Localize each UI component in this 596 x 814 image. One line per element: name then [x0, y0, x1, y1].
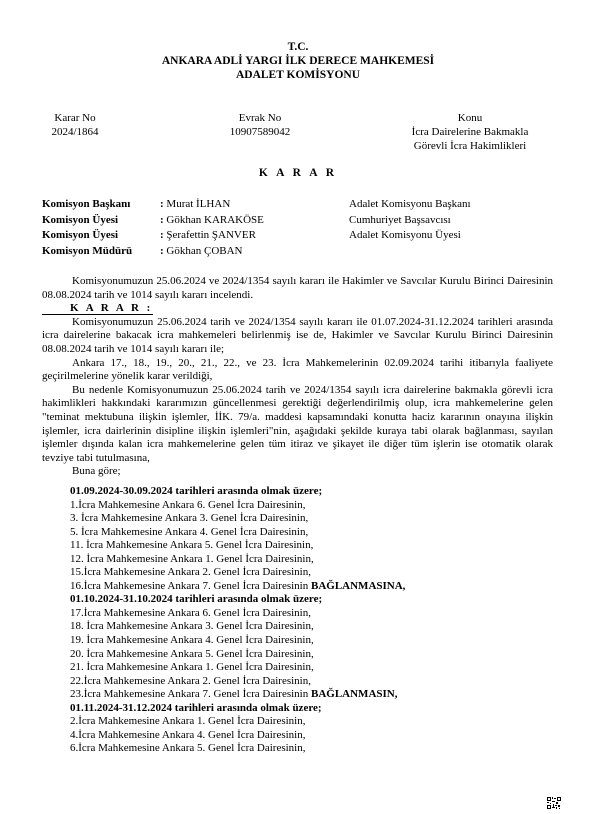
intro-paragraph: Komisyonumuzun 25.06.2024 ve 2024/1354 s… [42, 275, 553, 302]
member-row: Komisyon Üyesi: Gökhan KARAKÖSECumhuriye… [42, 213, 562, 229]
assignment-item: 17.İcra Mahkemesine Ankara 6. Genel İcra… [70, 607, 405, 621]
assignment-item: 19. İcra Mahkemesine Ankara 4. Genel İcr… [70, 634, 405, 648]
member-name: : Murat İLHAN [160, 197, 230, 213]
assignment-list: 01.09.2024-30.09.2024 tarihleri arasında… [70, 485, 405, 756]
assignment-item: 1.İcra Mahkemesine Ankara 6. Genel İcra … [70, 499, 405, 513]
assignment-item: 4.İcra Mahkemesine Ankara 4. Genel İcra … [70, 729, 405, 743]
assignment-item: 5. İcra Mahkemesine Ankara 4. Genel İcra… [70, 526, 405, 540]
member-name: : Şerafettin ŞANVER [160, 228, 256, 244]
member-title: Adalet Komisyonu Üyesi [349, 228, 461, 244]
assignment-item: 21. İcra Mahkemesine Ankara 1. Genel İcr… [70, 661, 405, 675]
member-row: Komisyon Müdürü: Gökhan ÇOBAN [42, 244, 562, 260]
header-commission: ADALET KOMİSYONU [0, 68, 596, 82]
karar-no-label: Karar No [40, 111, 110, 125]
paragraph-2: Ankara 17., 18., 19., 20., 21., 22., ve … [42, 357, 553, 384]
member-name: : Gökhan ÇOBAN [160, 244, 243, 260]
konu-label: Konu [400, 111, 540, 125]
assignment-item: 15.İcra Mahkemesine Ankara 2. Genel İcra… [70, 566, 405, 580]
closing-word: BAĞLANMASINA, [308, 580, 405, 592]
assignment-item: 12. İcra Mahkemesine Ankara 1. Genel İcr… [70, 553, 405, 567]
decision-body: Komisyonumuzun 25.06.2024 ve 2024/1354 s… [42, 275, 553, 479]
member-title: Adalet Komisyonu Başkanı [349, 197, 471, 213]
konu-block: Konu İcra Dairelerine Bakmakla Görevli İ… [400, 111, 540, 153]
period-heading: 01.10.2024-31.10.2024 tarihleri arasında… [70, 593, 405, 607]
assignment-item: 16.İcra Mahkemesine Ankara 7. Genel İcra… [70, 580, 405, 594]
member-role: Komisyon Üyesi [42, 213, 118, 229]
member-row: Komisyon Başkanı: Murat İLHANAdalet Komi… [42, 197, 562, 213]
karar-no-value: 2024/1864 [40, 125, 110, 139]
closing-word: BAĞLANMASIN, [308, 688, 397, 700]
member-role: Komisyon Başkanı [42, 197, 130, 213]
document-title: K A R A R [0, 167, 596, 179]
assignment-item: 20. İcra Mahkemesine Ankara 5. Genel İcr… [70, 648, 405, 662]
evrak-no-block: Evrak No 10907589042 [210, 111, 310, 139]
member-title: Cumhuriyet Başsavcısı [349, 213, 451, 229]
assignment-item: 22.İcra Mahkemesine Ankara 2. Genel İcra… [70, 675, 405, 689]
header-tc: T.C. [0, 40, 596, 54]
commission-members: Komisyon Başkanı: Murat İLHANAdalet Komi… [42, 197, 562, 259]
karar-no-block: Karar No 2024/1864 [40, 111, 110, 139]
assignment-item: 11. İcra Mahkemesine Ankara 5. Genel İcr… [70, 539, 405, 553]
period-heading: 01.11.2024-31.12.2024 tarihleri arasında… [70, 702, 405, 716]
member-role: Komisyon Üyesi [42, 228, 118, 244]
paragraph-1: Komisyonumuzun 25.06.2024 tarih ve 2024/… [42, 316, 553, 357]
member-row: Komisyon Üyesi: Şerafettin ŞANVERAdalet … [42, 228, 562, 244]
header-court-name: ANKARA ADLİ YARGI İLK DERECE MAHKEMESİ [0, 54, 596, 68]
assignment-item: 23.İcra Mahkemesine Ankara 7. Genel İcra… [70, 688, 405, 702]
assignment-item: 6.İcra Mahkemesine Ankara 5. Genel İcra … [70, 742, 405, 756]
konu-value-line1: İcra Dairelerine Bakmakla [400, 125, 540, 139]
konu-value-line2: Görevli İcra Hakimlikleri [400, 139, 540, 153]
assignment-item: 18. İcra Mahkemesine Ankara 3. Genel İcr… [70, 620, 405, 634]
qr-code-icon [547, 797, 561, 809]
assignment-item: 3. İcra Mahkemesine Ankara 3. Genel İcra… [70, 512, 405, 526]
karar-subheading: K A R A R : [42, 302, 553, 316]
member-role: Komisyon Müdürü [42, 244, 132, 260]
paragraph-4: Buna göre; [42, 465, 553, 479]
assignment-item: 2.İcra Mahkemesine Ankara 1. Genel İcra … [70, 715, 405, 729]
period-heading: 01.09.2024-30.09.2024 tarihleri arasında… [70, 485, 405, 499]
evrak-no-value: 10907589042 [210, 125, 310, 139]
member-name: : Gökhan KARAKÖSE [160, 213, 264, 229]
paragraph-3: Bu nedenle Komisyonumuzun 25.06.2024 tar… [42, 384, 553, 466]
evrak-no-label: Evrak No [210, 111, 310, 125]
